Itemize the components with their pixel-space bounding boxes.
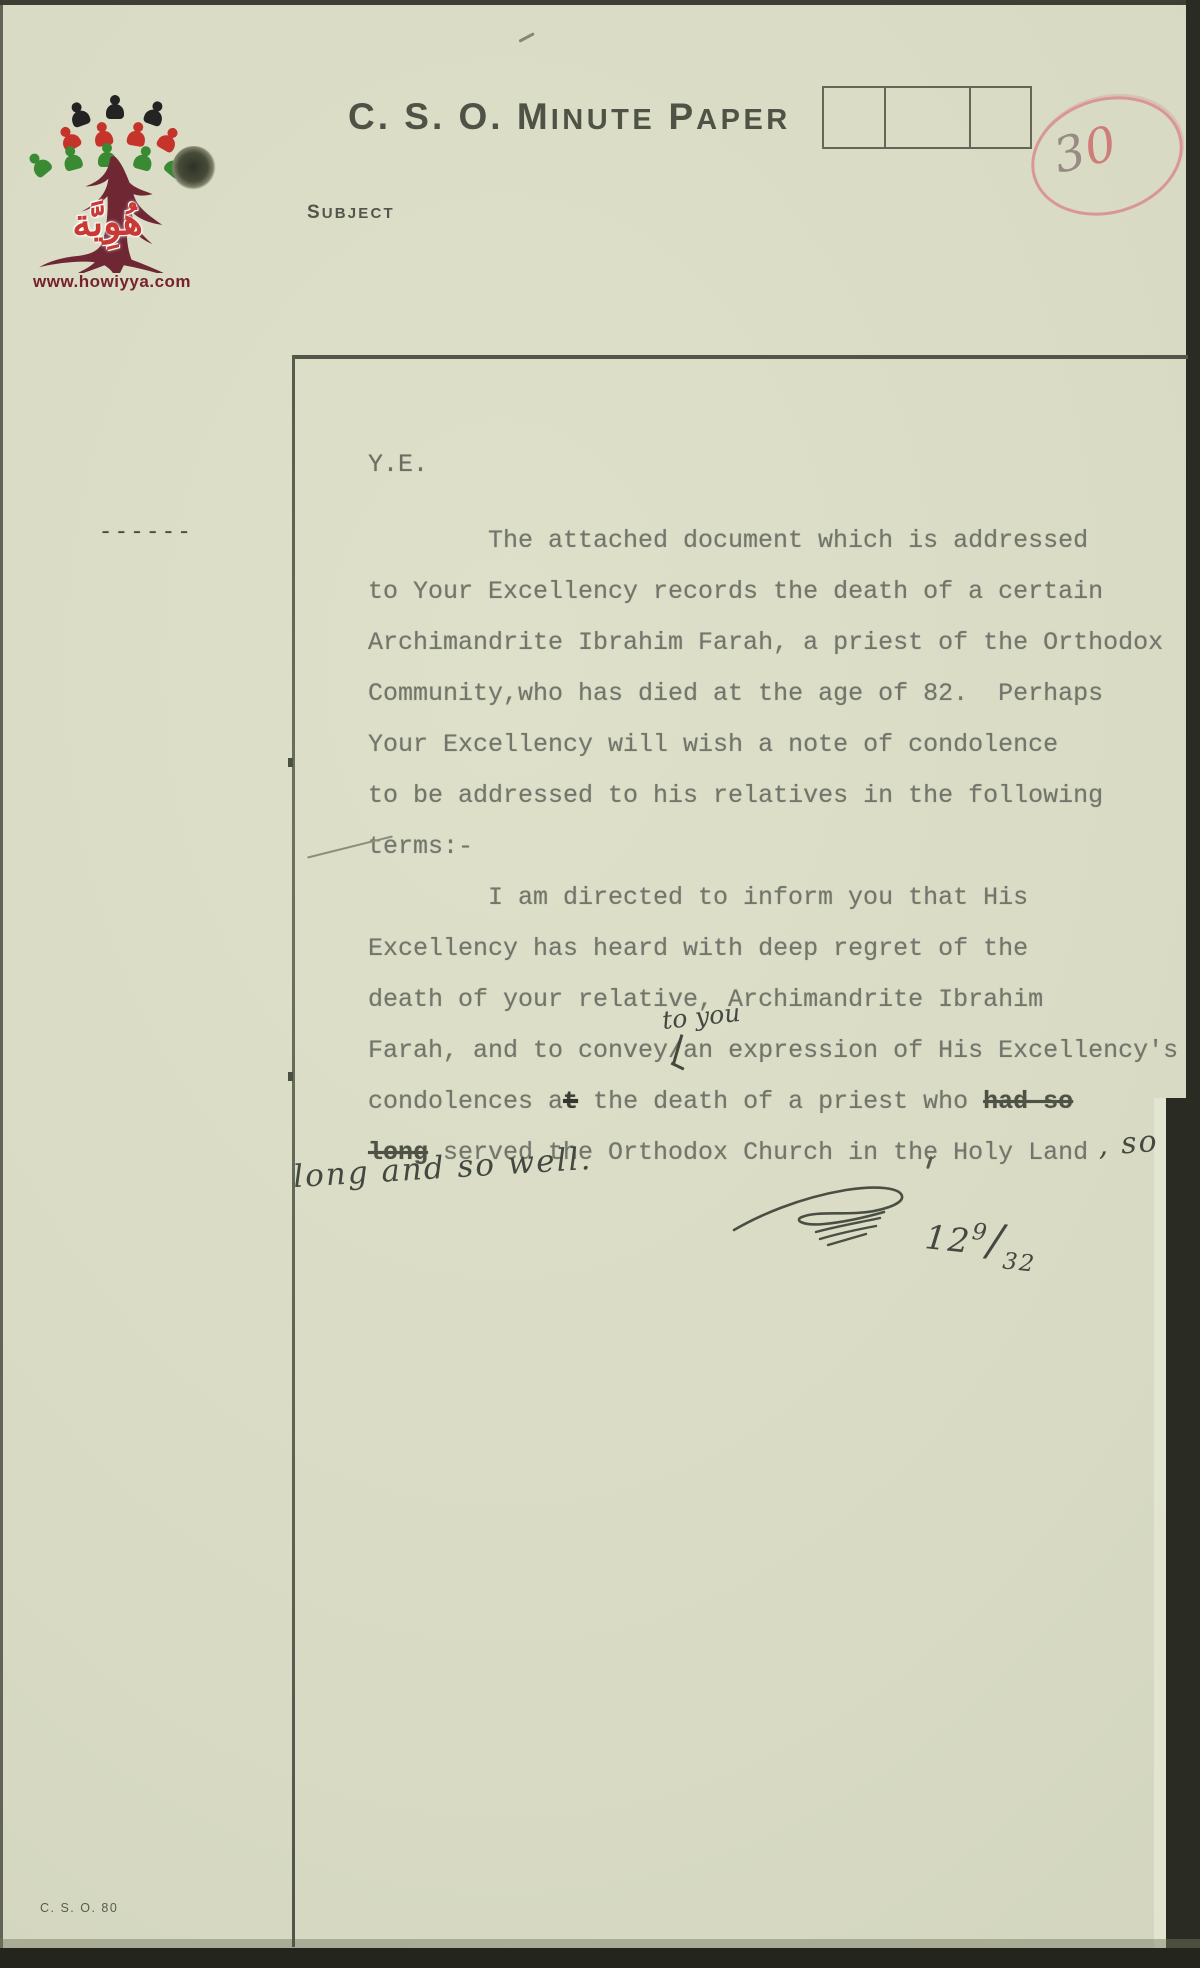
salutation: Y.E. <box>368 450 428 479</box>
typed-line: to Your Excellency records the death of … <box>368 566 1198 617</box>
reference-box <box>822 86 1032 149</box>
signature-scrawl <box>728 1182 918 1252</box>
title-org: C. S. O. <box>348 96 517 137</box>
reference-box-divider <box>884 88 886 147</box>
howiyya-url: www.howiyya.com <box>33 272 191 292</box>
typed-line: Archimandrite Ibrahim Farah, a priest of… <box>368 617 1198 668</box>
title-space <box>655 96 668 137</box>
title-paper-initial: P <box>668 96 696 137</box>
punch-hole <box>172 146 216 190</box>
date-year: 32 <box>1001 1248 1037 1277</box>
typed-segment: condolences a <box>368 1087 563 1116</box>
minute-body: The attached document which is addressed… <box>368 515 1198 1178</box>
typed-segment: Farah, and to convey/ <box>368 1036 683 1065</box>
rule-tick <box>288 758 293 767</box>
reference-box-divider <box>969 88 971 147</box>
typed-line: Excellency has heard with deep regret of… <box>368 923 1198 974</box>
scan-edge-bottom-shadow <box>0 1939 1200 1948</box>
typed-line: The attached document which is addressed <box>368 515 1198 566</box>
margin-dashes: ------ <box>99 520 193 545</box>
scan-edge-highlight <box>1154 1098 1166 1950</box>
howiyya-arabic-text: هُوِيَّة <box>71 199 143 246</box>
subject-label: SUBJECT <box>307 202 395 224</box>
typed-line: I am directed to inform you that His <box>368 872 1198 923</box>
rule-tick <box>288 1072 293 1081</box>
pencil-mark <box>518 32 534 42</box>
typed-line: condolences at the death of a priest who… <box>368 1076 1198 1127</box>
scanned-minute-paper: C. S. O. MINUTE PAPER SUBJECT 30 هُوِيَّ… <box>0 0 1200 1968</box>
scan-edge-right-lower <box>1166 1098 1200 1968</box>
typed-line: Community,who has died at the age of 82.… <box>368 668 1198 719</box>
logo-person-icon <box>106 95 124 119</box>
overstruck-letter: t <box>563 1087 578 1116</box>
handwritten-replacement: long and so well. <box>292 1141 593 1195</box>
person-body <box>106 104 124 119</box>
title-minute-initial: M <box>517 96 551 137</box>
scan-edge-top <box>0 0 1200 5</box>
typed-line: to be addressed to his relatives in the … <box>368 770 1198 821</box>
typed-line: Your Excellency will wish a note of cond… <box>368 719 1198 770</box>
handwritten-suffix: , so <box>1097 1124 1160 1163</box>
handwritten-date: 129/32 <box>922 1208 1040 1277</box>
struck-words: had so <box>983 1087 1073 1116</box>
typed-line: Farah, and to convey/an expression of Hi… <box>368 1025 1198 1076</box>
title-paper-rest: APER <box>696 104 791 136</box>
howiyya-logo: هُوِيَّة www.howiyya.com <box>20 88 230 303</box>
scan-edge-left <box>0 0 3 1968</box>
date-day: 12 <box>923 1217 973 1261</box>
page-title: C. S. O. MINUTE PAPER <box>348 96 791 138</box>
form-reference: C. S. O. 80 <box>40 1901 118 1915</box>
logo-person-icon <box>126 121 148 148</box>
typed-line: terms:- <box>368 821 1198 872</box>
title-minute-rest: INUTE <box>551 104 656 136</box>
content-rule-left <box>292 355 295 1947</box>
subject-rest: UBJECT <box>322 205 395 222</box>
typed-segment: the death of a priest who <box>578 1087 983 1116</box>
scan-edge-bottom <box>0 1948 1200 1968</box>
subject-initial: S <box>307 202 322 223</box>
typed-line: death of your relative, Archimandrite Ib… <box>368 974 1198 1025</box>
content-rule-top <box>292 355 1188 359</box>
typed-segment: an expression of His Excellency's <box>683 1036 1178 1065</box>
